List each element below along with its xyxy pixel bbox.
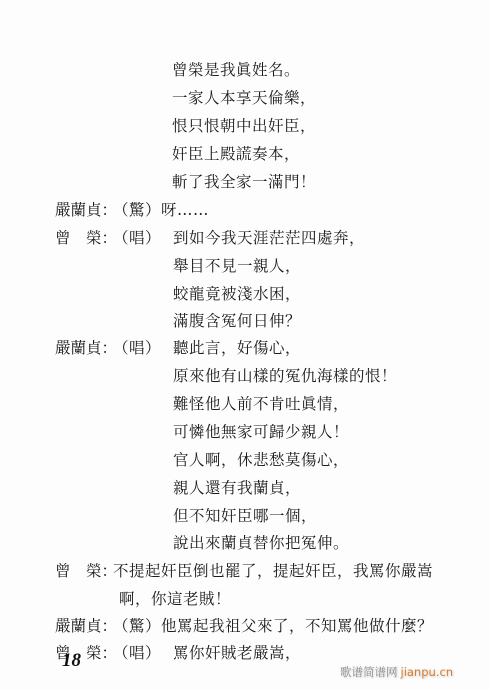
speaker-name: 嚴蘭貞： xyxy=(55,200,113,220)
line-text: 他罵起我祖父來了，不知罵他做什麼？ xyxy=(161,617,433,635)
speaker-name: 嚴蘭貞： xyxy=(55,338,113,358)
line-text: 不提起奸臣倒也罷了，提起奸臣，我罵你嚴嵩 xyxy=(113,562,433,580)
verse-line: 說出來蘭貞替你把冤伸。 xyxy=(173,533,349,553)
verse-line: 恨只恨朝中出奸臣， xyxy=(172,116,316,136)
dialogue-line: 曾 榮：不提起奸臣倒也罷了，提起奸臣，我罵你嚴嵩 xyxy=(55,561,433,581)
verse-line: 官人啊，休悲愁莫傷心， xyxy=(173,450,349,470)
stage-direction: （唱） xyxy=(113,643,173,663)
verse-line: 舉目不見一親人， xyxy=(173,256,301,276)
line-text: 舉目不見一親人， xyxy=(173,257,301,275)
line-text: 蛟龍竟被淺水困， xyxy=(173,285,301,303)
verse-line: 滿腹含冤何日伸？ xyxy=(173,311,301,331)
line-text: 滿腹含冤何日伸？ xyxy=(173,312,301,330)
speaker-name: 嚴蘭貞： xyxy=(55,616,113,636)
line-text: 難怪他人前不肯吐眞情， xyxy=(173,395,349,413)
line-text: 但不知奸臣哪一個， xyxy=(173,507,317,525)
verse-line: 難怪他人前不肯吐眞情， xyxy=(173,394,349,414)
dialogue-line: 曾 榮：（唱）罵你奸賊老嚴嵩， xyxy=(55,643,301,663)
verse-line: 親人還有我蘭貞， xyxy=(173,478,301,498)
verse-line: 可憐他無家可歸少親人！ xyxy=(173,422,349,442)
dialogue-continuation: 啊，你這老賊！ xyxy=(119,589,231,609)
page-number: 18 xyxy=(62,650,81,672)
line-text: 到如今我天涯茫茫四處奔， xyxy=(173,229,365,247)
speaker-name: 曾 榮： xyxy=(55,561,113,581)
verse-line: 一家人本享天倫樂， xyxy=(172,88,316,108)
line-text: 一家人本享天倫樂， xyxy=(172,89,316,107)
dialogue-line: 嚴蘭貞：（驚）呀…… xyxy=(55,200,209,220)
watermark-url: jianpu.cn xyxy=(401,665,454,679)
line-text: 官人啊，休悲愁莫傷心， xyxy=(173,451,349,469)
line-text: 原來他有山樣的冤仇海樣的恨！ xyxy=(173,367,397,385)
line-text: 恨只恨朝中出奸臣， xyxy=(172,117,316,135)
line-text: 啊，你這老賊！ xyxy=(119,590,231,608)
stage-direction: （唱） xyxy=(113,228,173,248)
script-page: 曾榮是我眞姓名。 一家人本享天倫樂， 恨只恨朝中出奸臣， 奸臣上殿謊奏本， 斬了… xyxy=(0,0,490,690)
verse-line: 斬了我全家一滿門！ xyxy=(172,172,316,192)
stage-direction: （驚） xyxy=(113,200,161,220)
dialogue-line: 嚴蘭貞：（唱）聽此言，好傷心， xyxy=(55,338,301,358)
verse-line: 蛟龍竟被淺水困， xyxy=(173,284,301,304)
stage-direction: （唱） xyxy=(113,338,173,358)
line-text: 曾榮是我眞姓名。 xyxy=(172,61,300,79)
stage-direction: （驚） xyxy=(113,616,161,636)
dialogue-line: 嚴蘭貞：（驚）他罵起我祖父來了，不知罵他做什麼？ xyxy=(55,616,433,636)
line-text: 說出來蘭貞替你把冤伸。 xyxy=(173,534,349,552)
line-text: 奸臣上殿謊奏本， xyxy=(172,145,300,163)
dialogue-line: 曾 榮：（唱）到如今我天涯茫茫四處奔， xyxy=(55,228,365,248)
line-text: 可憐他無家可歸少親人！ xyxy=(173,423,349,441)
watermark-site-name: 歌谱简谱网 xyxy=(340,665,398,679)
line-text: 斬了我全家一滿門！ xyxy=(172,173,316,191)
line-text: 罵你奸賊老嚴嵩， xyxy=(173,644,301,662)
verse-line: 但不知奸臣哪一個， xyxy=(173,506,317,526)
watermark: 歌谱简谱网jianpu.cn xyxy=(340,664,453,680)
verse-line: 奸臣上殿謊奏本， xyxy=(172,144,300,164)
line-text: 聽此言，好傷心， xyxy=(173,339,301,357)
line-text: 呀…… xyxy=(161,201,209,219)
verse-line: 曾榮是我眞姓名。 xyxy=(172,60,300,80)
speaker-name: 曾 榮： xyxy=(55,228,113,248)
line-text: 親人還有我蘭貞， xyxy=(173,479,301,497)
verse-line: 原來他有山樣的冤仇海樣的恨！ xyxy=(173,366,397,386)
